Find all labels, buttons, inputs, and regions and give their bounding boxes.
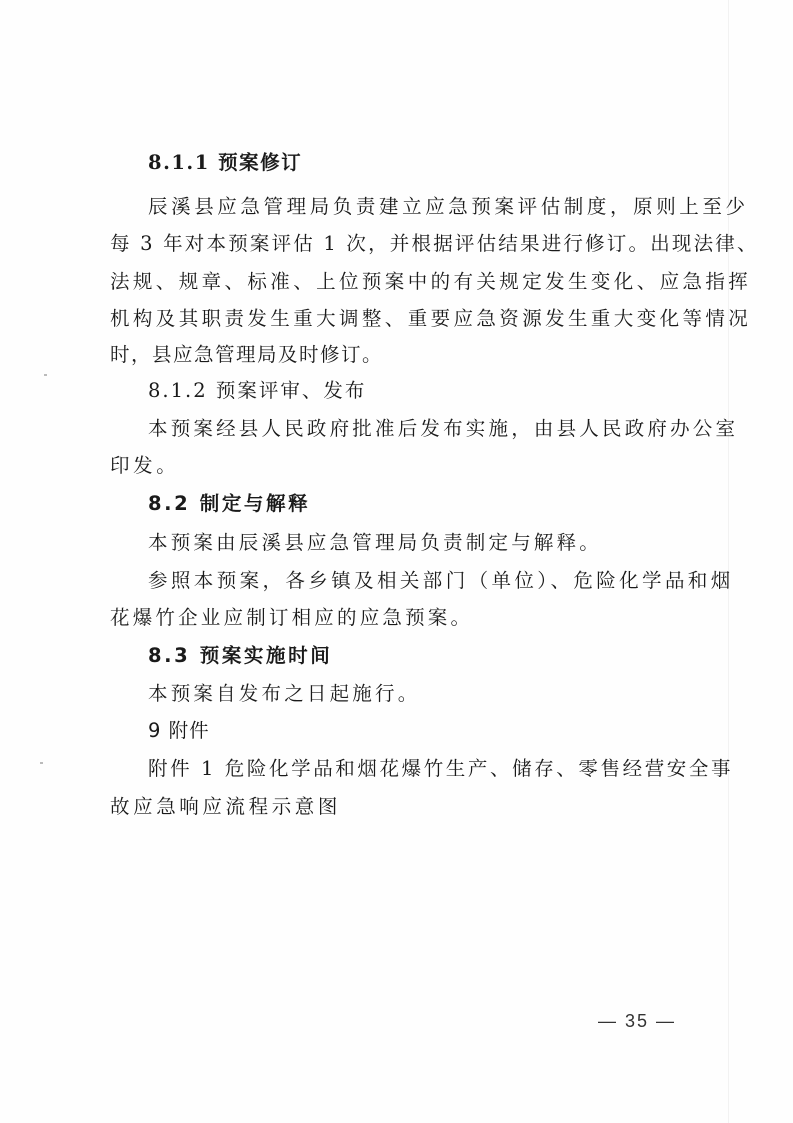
paragraph-line: 每 3 年对本预案评估 1 次，并根据评估结果进行修订。出现法律、	[110, 232, 710, 256]
paragraph-line: 本预案经县人民政府批准后发布实施，由县人民政府办公室	[148, 417, 748, 441]
paragraph-line: 法规、规章、标准、上位预案中的有关规定发生变化、应急指挥	[110, 270, 710, 294]
paragraph-line: 本预案自发布之日起施行。	[148, 682, 748, 706]
document-page: 8.1.1 预案修订 辰溪县应急管理局负责建立应急预案评估制度，原则上至少 每 …	[0, 0, 793, 1123]
paragraph-line: 本预案由辰溪县应急管理局负责制定与解释。	[148, 531, 748, 555]
paragraph-line: 故应急响应流程示意图	[110, 795, 710, 819]
scan-artifact-mark	[40, 762, 43, 764]
paragraph-line: 花爆竹企业应制订相应的应急预案。	[110, 606, 710, 630]
paragraph-line: 附件 1 危险化学品和烟花爆竹生产、储存、零售经营安全事	[148, 757, 748, 781]
paragraph-line: 辰溪县应急管理局负责建立应急预案评估制度，原则上至少	[148, 195, 748, 219]
scan-artifact-mark	[44, 374, 47, 376]
section-heading-8-3: 8.3 预案实施时间	[148, 644, 748, 668]
paragraph-line: 印发。	[110, 454, 710, 478]
section-heading-9: 9 附件	[148, 719, 748, 743]
section-heading-8-1-2: 8.1.2 预案评审、发布	[148, 379, 748, 403]
section-heading-8-2: 8.2 制定与解释	[148, 492, 748, 516]
section-heading-8-1-1: 8.1.1 预案修订	[148, 151, 748, 175]
page-number: — 35 —	[598, 1011, 676, 1032]
paragraph-line: 机构及其职责发生重大调整、重要应急资源发生重大变化等情况	[110, 307, 710, 331]
paragraph-line: 参照本预案，各乡镇及相关部门（单位）、危险化学品和烟	[148, 569, 748, 593]
paragraph-line: 时，县应急管理局及时修订。	[110, 343, 710, 367]
